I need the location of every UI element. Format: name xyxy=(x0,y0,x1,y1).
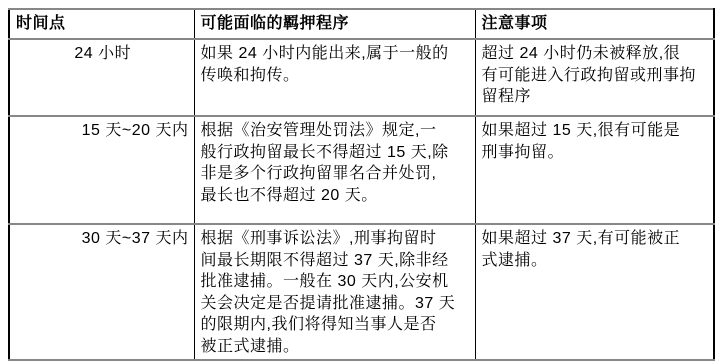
cell-notes: 如果超过 37 天,有可能被正 式逮捕。 xyxy=(475,224,714,360)
header-procedure: 可能面临的羁押程序 xyxy=(194,9,475,39)
header-time-point: 时间点 xyxy=(9,9,194,39)
cell-notes: 如果超过 15 天,很有可能是 刑事拘留。 xyxy=(475,116,714,224)
header-notes: 注意事项 xyxy=(475,9,714,39)
cell-procedure: 根据《刑事诉讼法》,刑事拘留时 间最长期限不得超过 37 天,除非经 批准逮捕。… xyxy=(194,224,475,360)
cell-procedure: 根据《治安管理处罚法》规定,一 般行政拘留最长不得超过 15 天,除 非是多个行… xyxy=(194,116,475,224)
cell-time-point: 30 天~37 天内 xyxy=(9,224,194,360)
table-header-row: 时间点 可能面临的羁押程序 注意事项 xyxy=(9,9,714,39)
cell-procedure: 如果 24 小时内能出来,属于一般的 传唤和拘传。 xyxy=(194,39,475,116)
cell-notes: 超过 24 小时仍未被释放,很 有可能进入行政拘留或刑事拘 留程序 xyxy=(475,39,714,116)
table-row: 24 小时 如果 24 小时内能出来,属于一般的 传唤和拘传。 超过 24 小时… xyxy=(9,39,714,116)
cell-time-point: 24 小时 xyxy=(9,39,194,116)
cell-time-point: 15 天~20 天内 xyxy=(9,116,194,224)
table-row: 30 天~37 天内 根据《刑事诉讼法》,刑事拘留时 间最长期限不得超过 37 … xyxy=(9,224,714,360)
table-row: 15 天~20 天内 根据《治安管理处罚法》规定,一 般行政拘留最长不得超过 1… xyxy=(9,116,714,224)
detention-table-container: 时间点 可能面临的羁押程序 注意事项 24 小时 如果 24 小时内能出来,属于… xyxy=(8,8,715,361)
detention-procedure-table: 时间点 可能面临的羁押程序 注意事项 24 小时 如果 24 小时内能出来,属于… xyxy=(8,8,715,361)
